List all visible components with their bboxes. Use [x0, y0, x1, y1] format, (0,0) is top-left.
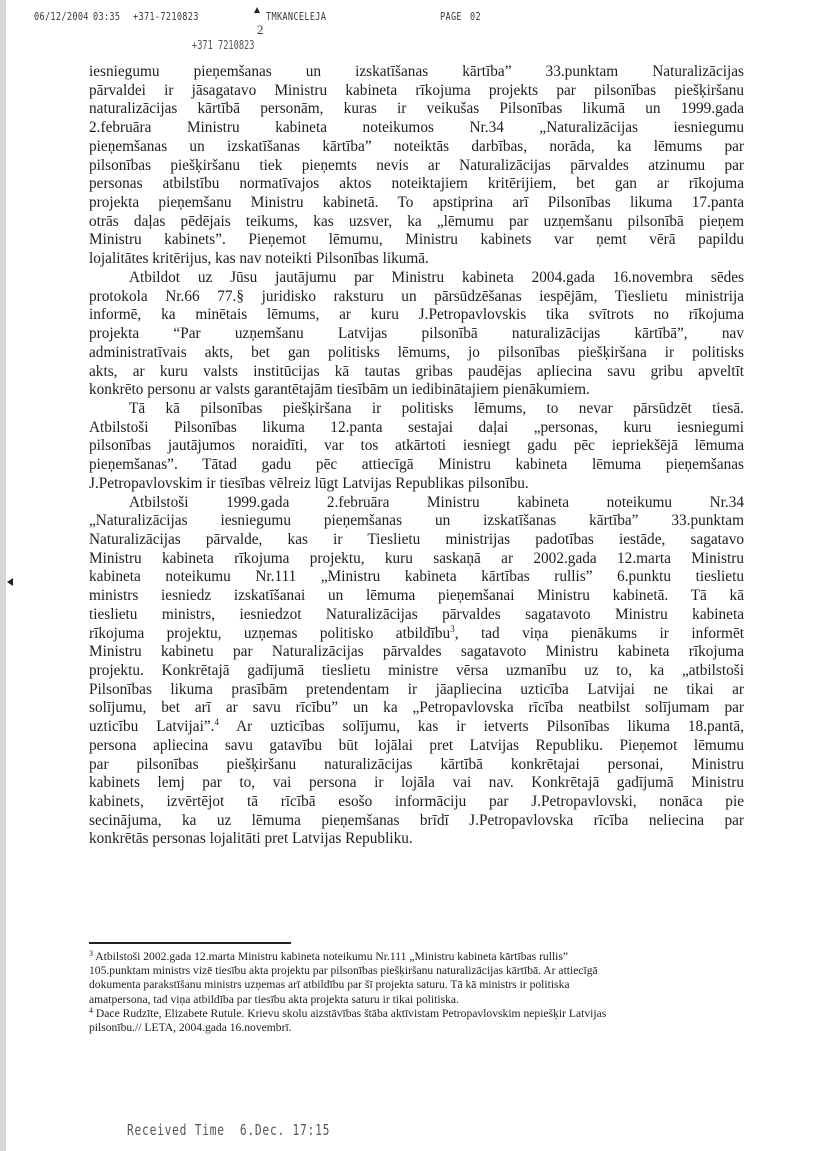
text-line: tieslietu ministrs, iesniedzot Naturaliz…	[89, 606, 744, 625]
text-line: Tā kā pilsonības piešķiršana ir politisk…	[89, 400, 744, 419]
text-line: Ministru kabineta rīkojuma projektu, kur…	[89, 550, 744, 569]
scan-edge	[0, 0, 6, 1151]
text-line: projektu. Konkrētajā gadījumā tieslietu …	[89, 662, 744, 681]
received-time: Received Time 6.Dec. 17:15	[127, 1121, 330, 1139]
paragraph-1: iesniegumu pieņemšanas un izskatīšanas k…	[89, 63, 744, 269]
text-line: pārvaldei ir jāsagatavo Ministru kabinet…	[89, 82, 744, 101]
paragraph-2: Atbildot uz Jūsu jautājumu par Ministru …	[89, 269, 744, 400]
text-line: dokumenta parakstīšanu ministrs uzņemas …	[89, 978, 729, 992]
document-body: iesniegumu pieņemšanas un izskatīšanas k…	[89, 63, 744, 849]
text-line: konkrētās personas lojalitāti pret Latvi…	[89, 830, 744, 849]
text-line: informē, ka minētais lēmums, ar kuru J.P…	[89, 306, 744, 325]
text-line: par pilsonības piešķiršanu naturalizācij…	[89, 756, 744, 775]
text-line: secinājuma, ka uz lēmuma pieņemšanas brī…	[89, 812, 744, 831]
fax-time: 03:35	[93, 10, 120, 23]
text-line: pilsonības jautājumos noraidīti, var tos…	[89, 437, 744, 456]
text-line: konkrēto personu ar valsts garantētajām …	[89, 381, 744, 400]
text-line: lojalitātes kritērijus, kas nav noteikti…	[89, 250, 744, 269]
fax-page-label: PAGE	[440, 10, 462, 23]
text-line: Atbilstoši Pilsonības likuma 12.panta se…	[89, 419, 744, 438]
text-line: 2.februāra Ministru kabineta noteikumos …	[89, 119, 744, 138]
text-line: protokola Nr.66 77.§ juridisko raksturu …	[89, 288, 744, 307]
footnotes: 3 Atbilstoši 2002.gada 12.marta Ministru…	[89, 950, 729, 1035]
text-line: „Naturalizācijas iesniegumu pieņemšanas …	[89, 512, 744, 531]
fax-date: 06/12/2004	[34, 10, 89, 23]
stamp-phone: +371 7210823	[192, 38, 254, 52]
arrow-left-icon	[7, 578, 13, 586]
footnote-4: 4 Dace Rudzīte, Elizabete Rutule. Krievu…	[89, 1007, 729, 1035]
footnote-3: 3 Atbilstoši 2002.gada 12.marta Ministru…	[89, 950, 729, 1007]
text-line: kabinets, izvērtējot tā rīcībā esošo inf…	[89, 793, 744, 812]
text-line: pilsonību.// LETA, 2004.gada 16.novembrī…	[89, 1021, 729, 1035]
text-line: Naturalizācijas pārvalde, kas ir Tieslie…	[89, 531, 744, 550]
text-line: persona apliecina savu gatavību būt lojā…	[89, 737, 744, 756]
text-line: pieņemšanas”. Tātad gadu pēc attiecīgā M…	[89, 456, 744, 475]
text-line: 105.punktam ministrs vizē tiesību akta p…	[89, 964, 729, 978]
text-line: pieņemšanas un izskatīšanas kārtība” not…	[89, 138, 744, 157]
text-line: Pilsonības likuma prasībām pretendentam …	[89, 681, 744, 700]
paragraph-4: Atbilstoši 1999.gada 2.februāra Ministru…	[89, 494, 744, 850]
arrow-up-icon	[254, 7, 260, 13]
footnote-divider	[89, 942, 291, 944]
text-line: ministrs iesniedz izskatīšanai un lēmuma…	[89, 587, 744, 606]
text-line: uzticību Latvijai”.4 Ar uzticības solīju…	[89, 718, 744, 737]
text-line: naturalizācijas kārtībā personām, kuras …	[89, 100, 744, 119]
paragraph-3: Tā kā pilsonības piešķiršana ir politisk…	[89, 400, 744, 494]
text-line: rīkojuma projektu, uzņemas politisko atb…	[89, 625, 744, 644]
text-line: Atbildot uz Jūsu jautājumu par Ministru …	[89, 269, 744, 288]
text-line: projekta pieņemšanu Ministru kabinetā. T…	[89, 194, 744, 213]
text-line: personas atbilstību normatīvajos aktos n…	[89, 175, 744, 194]
text-line: kabinets lemj par to, vai persona ir loj…	[89, 774, 744, 793]
text-line: Ministru kabinetu par Naturalizācijas pā…	[89, 643, 744, 662]
text-line: otrās daļas pēdējais teikums, kas uzsver…	[89, 213, 744, 232]
text-line: iesniegumu pieņemšanas un izskatīšanas k…	[89, 63, 744, 82]
fax-phone: +371-7210823	[133, 10, 199, 23]
fax-page-number: 02	[470, 10, 481, 23]
text-line: akts, ar kuru valsts institūcijas kā tau…	[89, 363, 744, 382]
text-line: J.Petropavlovskim ir tiesības vēlreiz lū…	[89, 475, 744, 494]
fax-sender: TMKANCELEJA	[266, 10, 326, 23]
text-line: projekta “Par uzņemšanu Latvijas pilsonī…	[89, 325, 744, 344]
text-line: kabineta noteikumu Nr.111 „Ministru kabi…	[89, 568, 744, 587]
received-time-value: 6.Dec. 17:15	[240, 1121, 330, 1139]
received-time-label: Received Time	[127, 1121, 225, 1139]
text-line: administratīvais akts, bet gan politisks…	[89, 344, 744, 363]
text-line: amatpersona, tad viņa atbildība par ties…	[89, 993, 729, 1007]
page-number: 2	[257, 22, 264, 38]
text-line: Ministru kabinets”. Pieņemot lēmumu, Min…	[89, 231, 744, 250]
text-line: solījumu, bet arī ar savu rīcību” un ka …	[89, 699, 744, 718]
text-line: Atbilstoši 1999.gada 2.februāra Ministru…	[89, 494, 744, 513]
text-line: pilsonības piešķiršanu tiek pieņemts nev…	[89, 157, 744, 176]
